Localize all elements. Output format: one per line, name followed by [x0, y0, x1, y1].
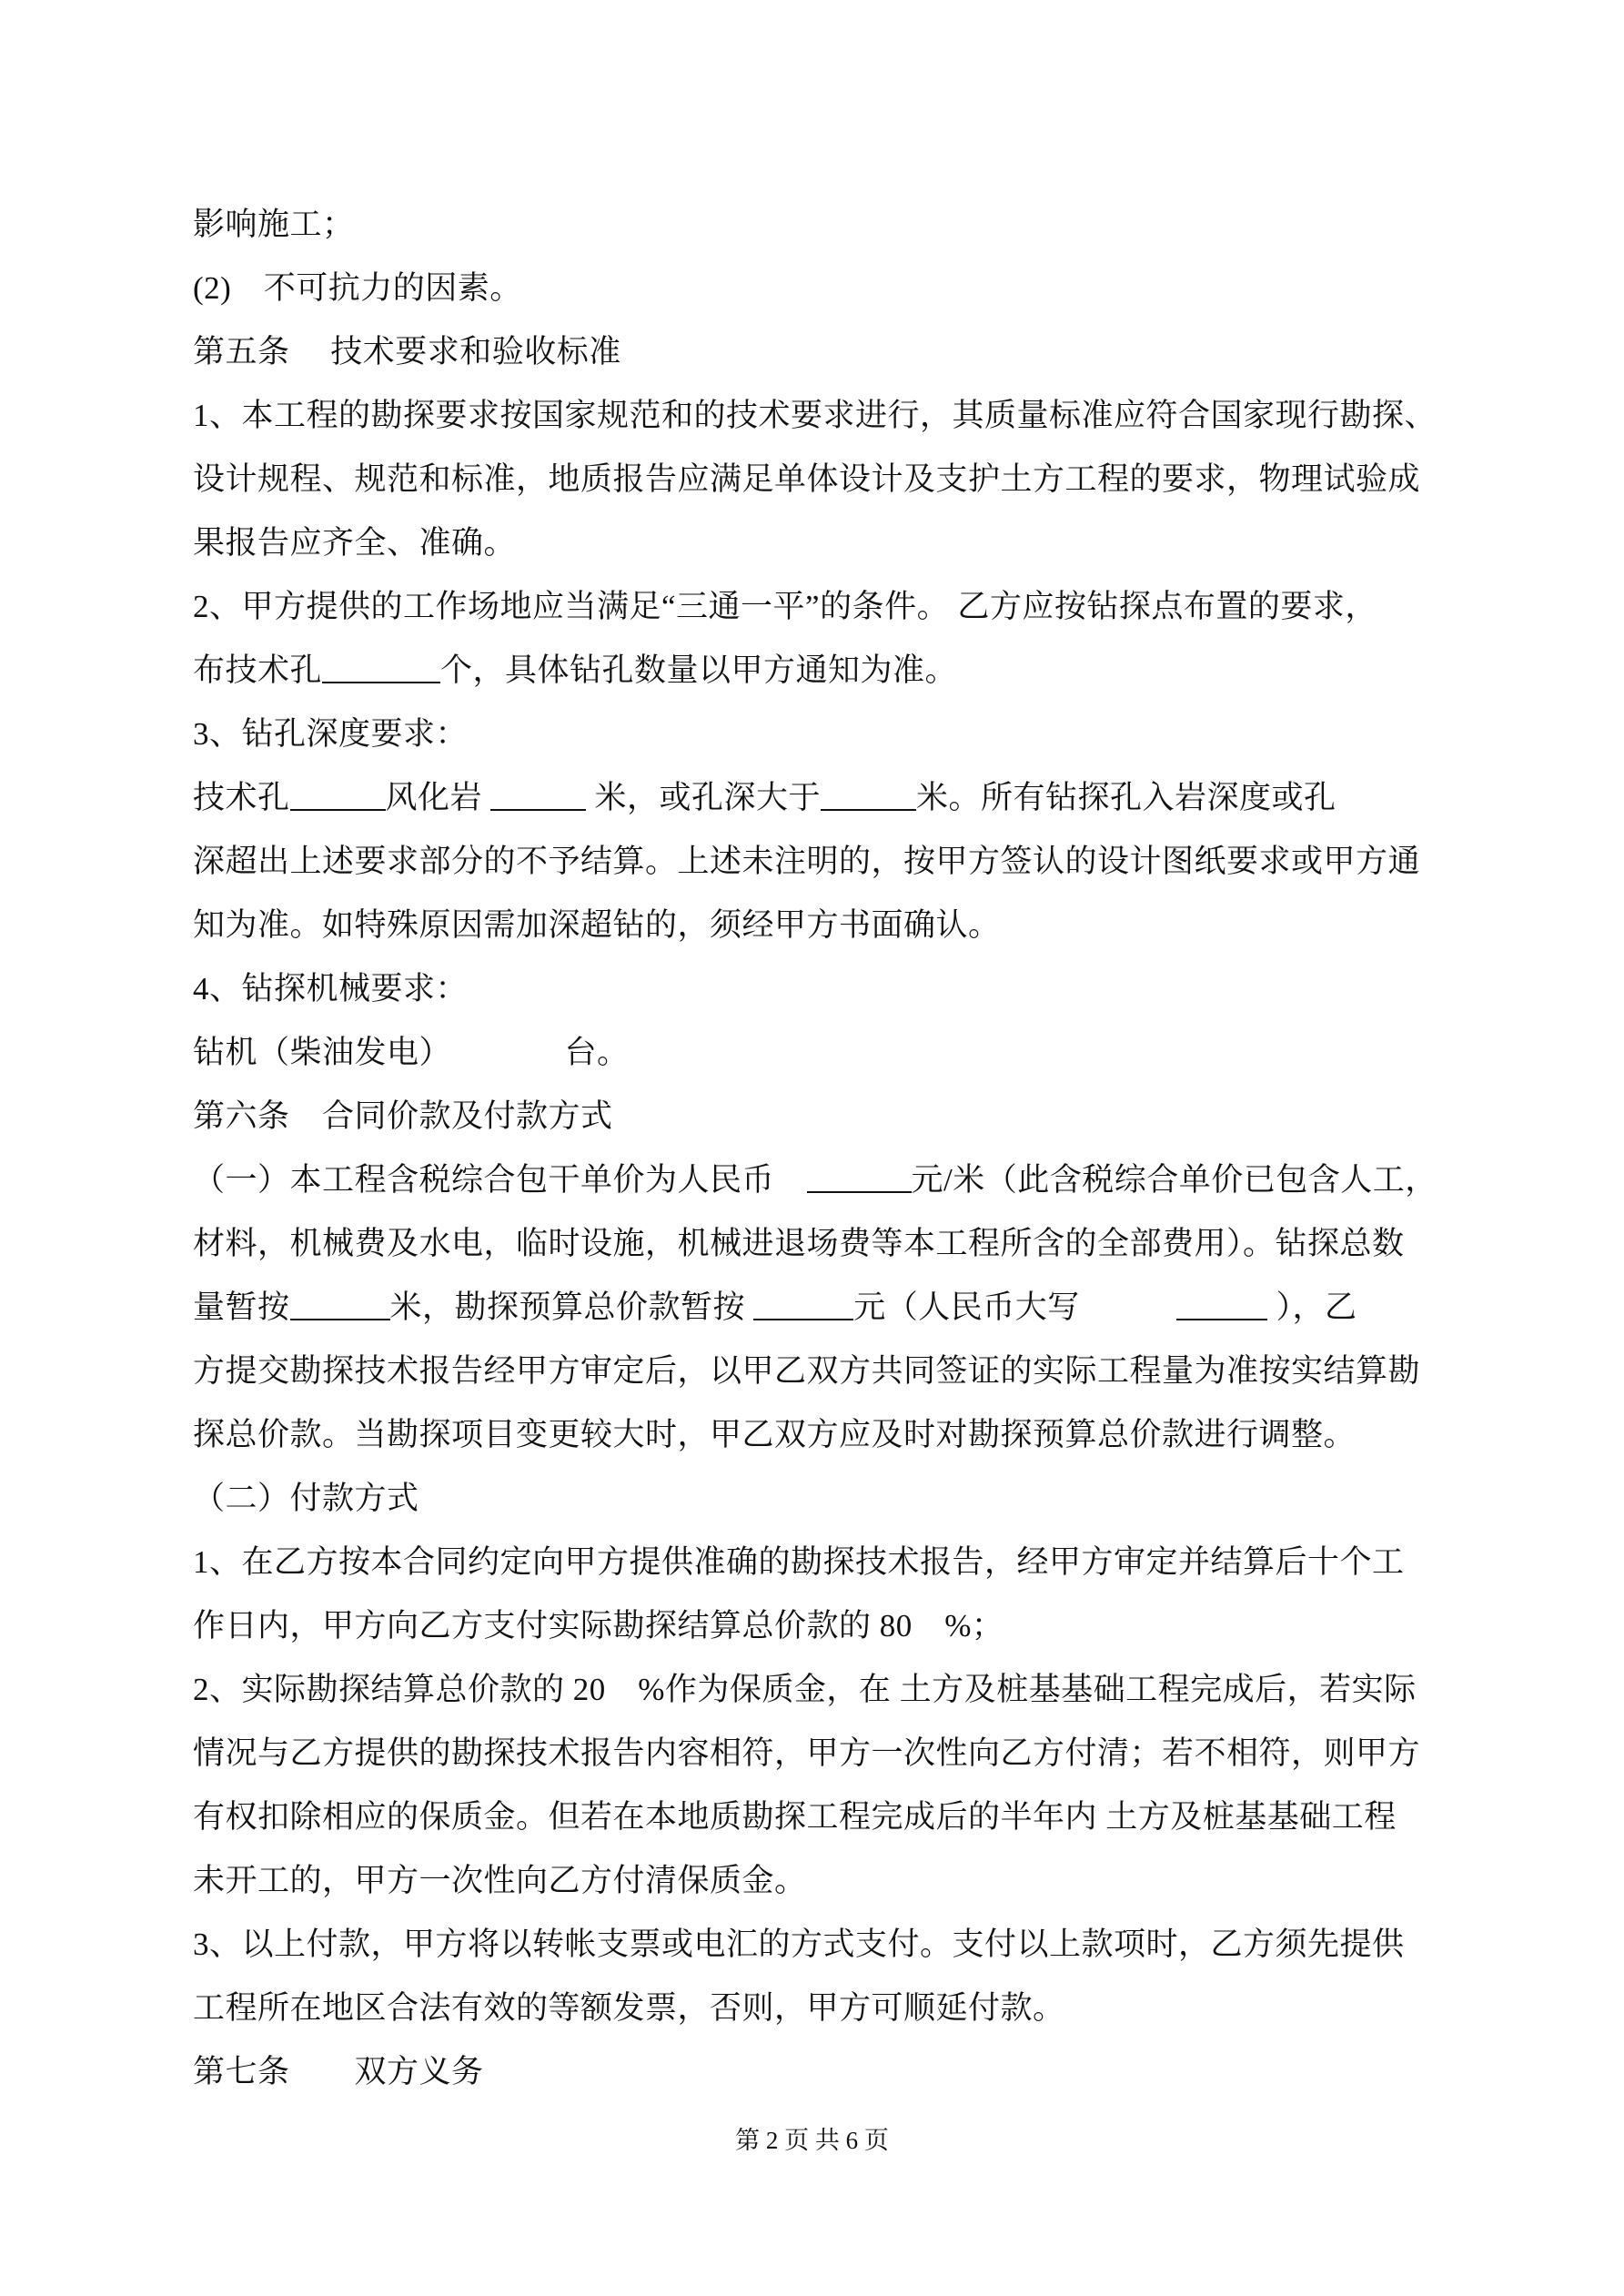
text-run: 情况与乙方提供的勘探技术报告内容相符，甲方一次性向乙方付清；若不相符，则甲方 [193, 1735, 1420, 1771]
text-run: 第六条 合同价款及付款方式 [193, 1098, 613, 1134]
text-run: 设计规程、规范和标准，地质报告应满足单体设计及支护土方工程的要求，物理试验成 [193, 461, 1420, 497]
text-run: （二）付款方式 [193, 1481, 419, 1516]
text-run: 2、甲方提供的工作场地应当满足“三通一平”的条件。 乙方应按钻探点布置的要求， [193, 589, 1377, 624]
text-line: 深超出上述要求部分的不予结算。上述未注明的，按甲方签认的设计图纸要求或甲方通 [193, 830, 1441, 894]
text-line: 第七条 双方义务 [193, 2040, 1441, 2104]
blank-fill-field [290, 1290, 390, 1321]
text-line: 第五条 技术要求和验收标准 [193, 320, 1441, 384]
text-run: 3、以上付款，甲方将以转帐支票或电汇的方式支付。支付以上款项时，乙方须先提供 [193, 1927, 1405, 1962]
text-line: 材料，机械费及水电，临时设施，机械进退场费等本工程所含的全部费用）。钻探总数 [193, 1212, 1441, 1276]
text-run: 第五条 技术要求和验收标准 [193, 334, 621, 369]
text-run: 材料，机械费及水电，临时设施，机械进退场费等本工程所含的全部费用）。钻探总数 [193, 1226, 1405, 1261]
blank-fill-field [807, 1163, 912, 1194]
text-run: 第七条 双方义务 [193, 2054, 484, 2089]
text-run: ），乙 [1267, 1290, 1357, 1325]
text-line: 布技术孔个，具体钻孔数量以甲方通知为准。 [193, 639, 1441, 703]
text-run: 1、在乙方按本合同约定向甲方提供准确的勘探技术报告，经甲方审定并结算后十个工 [193, 1544, 1405, 1580]
text-run: 量暂按 [193, 1290, 290, 1325]
text-line: （一）本工程含税综合包干单价为人民币 元/米（此含税综合单价已包含人工， [193, 1148, 1441, 1212]
text-run: 2、实际勘探结算总价款的 20 %作为保质金，在 土方及桩基基础工程完成后，若实… [193, 1672, 1417, 1707]
text-line: 未开工的，甲方一次性向乙方付清保质金。 [193, 1849, 1441, 1913]
document-body: 影响施工；(2) 不可抗力的因素。第五条 技术要求和验收标准1、本工程的勘探要求… [193, 193, 1441, 2104]
text-run: 技术孔 [193, 780, 290, 815]
text-run: 方提交勘探技术报告经甲方审定后，以甲乙双方共同签证的实际工程量为准按实结算勘 [193, 1353, 1420, 1389]
text-run: 工程所在地区合法有效的等额发票，否则，甲方可顺延付款。 [193, 1990, 1065, 2026]
text-line: 钻机（柴油发电） 台。 [193, 1021, 1441, 1085]
text-run: 知为准。如特殊原因需加深超钻的，须经甲方书面确认。 [193, 907, 1001, 943]
text-run: 元（人民币大写 [853, 1290, 1176, 1325]
blank-fill-field [1176, 1290, 1267, 1321]
text-run: 影响施工； [193, 207, 355, 242]
text-run: 果报告应齐全、准确。 [193, 525, 516, 561]
text-line: (2) 不可抗力的因素。 [193, 257, 1441, 320]
text-run: 布技术孔 [193, 652, 322, 688]
text-line: 1、本工程的勘探要求按国家规范和的技术要求进行，其质量标准应符合国家现行勘探、 [193, 384, 1441, 448]
text-line: 作日内，甲方向乙方支付实际勘探结算总价款的 80 %； [193, 1594, 1441, 1658]
text-run: 1、本工程的勘探要求按国家规范和的技术要求进行，其质量标准应符合国家现行勘探、 [193, 398, 1437, 433]
text-run: 元/米（此含税综合单价已包含人工， [912, 1162, 1437, 1198]
text-run: (2) 不可抗力的因素。 [193, 270, 522, 306]
text-line: 第六条 合同价款及付款方式 [193, 1085, 1441, 1148]
text-run: 探总价款。当勘探项目变更较大时，甲乙双方应及时对勘探预算总价款进行调整。 [193, 1417, 1356, 1452]
text-line: 影响施工； [193, 193, 1441, 257]
text-line: 3、钻孔深度要求： [193, 703, 1441, 766]
text-run: 3、钻孔深度要求： [193, 716, 468, 752]
text-line: 方提交勘探技术报告经甲方审定后，以甲乙双方共同签证的实际工程量为准按实结算勘 [193, 1340, 1441, 1403]
text-line: 2、甲方提供的工作场地应当满足“三通一平”的条件。 乙方应按钻探点布置的要求， [193, 575, 1441, 639]
text-run: 有权扣除相应的保质金。但若在本地质勘探工程完成后的半年内 土方及桩基基础工程 [193, 1799, 1397, 1835]
text-run: 4、钻探机械要求： [193, 971, 468, 1006]
text-run: 未开工的，甲方一次性向乙方付清保质金。 [193, 1863, 807, 1898]
text-line: 探总价款。当勘探项目变更较大时，甲乙双方应及时对勘探预算总价款进行调整。 [193, 1403, 1441, 1467]
blank-fill-field [490, 781, 586, 812]
blank-fill-field [753, 1290, 853, 1321]
text-line: 情况与乙方提供的勘探技术报告内容相符，甲方一次性向乙方付清；若不相符，则甲方 [193, 1722, 1441, 1785]
text-line: 2、实际勘探结算总价款的 20 %作为保质金，在 土方及桩基基础工程完成后，若实… [193, 1658, 1441, 1722]
text-line: 果报告应齐全、准确。 [193, 511, 1441, 575]
blank-fill-field [322, 653, 440, 684]
text-line: 工程所在地区合法有效的等额发票，否则，甲方可顺延付款。 [193, 1977, 1441, 2040]
text-run: 深超出上述要求部分的不予结算。上述未注明的，按甲方签认的设计图纸要求或甲方通 [193, 844, 1420, 879]
text-line: （二）付款方式 [193, 1467, 1441, 1531]
page-footer: 第 2 页 共 6 页 [0, 2120, 1624, 2160]
blank-fill-field [821, 781, 916, 812]
text-run: 风化岩 [386, 780, 491, 815]
text-line: 技术孔风化岩 米，或孔深大于米。所有钻探孔入岩深度或孔 [193, 766, 1441, 830]
text-run: 个，具体钻孔数量以甲方通知为准。 [440, 652, 957, 688]
text-line: 4、钻探机械要求： [193, 957, 1441, 1021]
text-line: 设计规程、规范和标准，地质报告应满足单体设计及支护土方工程的要求，物理试验成 [193, 448, 1441, 511]
text-line: 3、以上付款，甲方将以转帐支票或电汇的方式支付。支付以上款项时，乙方须先提供 [193, 1913, 1441, 1977]
document-page: 影响施工；(2) 不可抗力的因素。第五条 技术要求和验收标准1、本工程的勘探要求… [0, 0, 1624, 2296]
text-run: 米，勘探预算总价款暂按 [390, 1290, 754, 1325]
text-line: 有权扣除相应的保质金。但若在本地质勘探工程完成后的半年内 土方及桩基基础工程 [193, 1785, 1441, 1849]
text-line: 1、在乙方按本合同约定向甲方提供准确的勘探技术报告，经甲方审定并结算后十个工 [193, 1531, 1441, 1594]
text-run: （一）本工程含税综合包干单价为人民币 [193, 1162, 807, 1198]
text-line: 量暂按米，勘探预算总价款暂按 元（人民币大写 ），乙 [193, 1276, 1441, 1340]
text-run: 米。所有钻探孔入岩深度或孔 [916, 780, 1337, 815]
blank-fill-field [290, 781, 386, 812]
text-line: 知为准。如特殊原因需加深超钻的，须经甲方书面确认。 [193, 894, 1441, 957]
text-run: 作日内，甲方向乙方支付实际勘探结算总价款的 80 %； [193, 1608, 1004, 1644]
text-run: 钻机（柴油发电） 台。 [193, 1035, 630, 1070]
text-run: 米，或孔深大于 [586, 780, 821, 815]
